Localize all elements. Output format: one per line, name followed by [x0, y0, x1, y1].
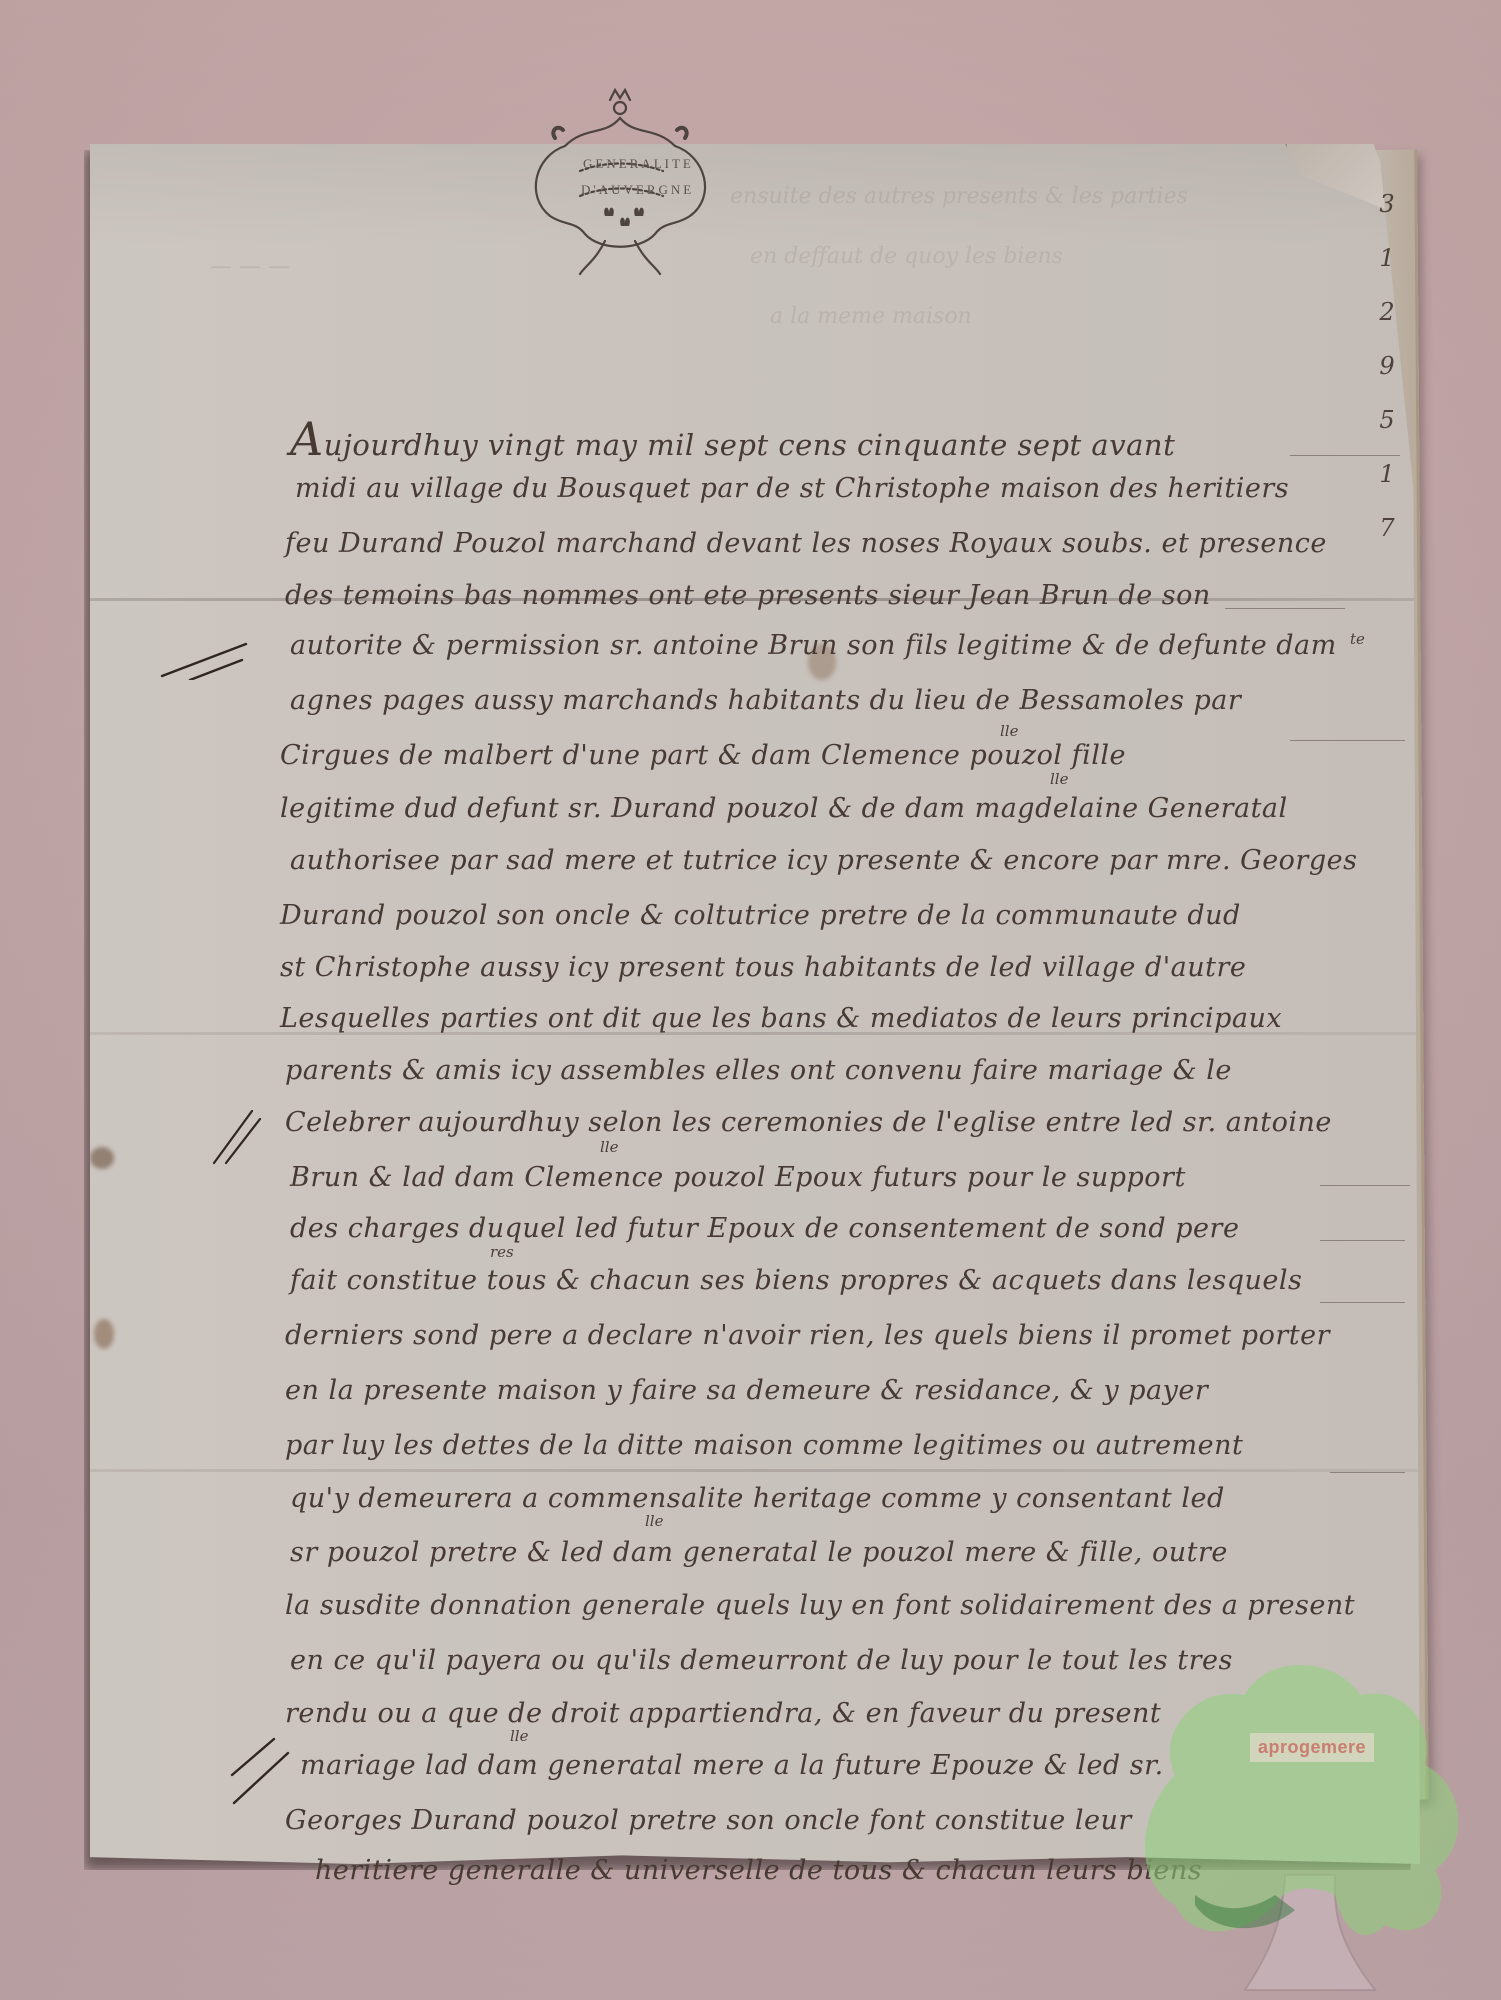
manuscript-line: Durand pouzol son oncle & coltutrice pre…	[280, 900, 1241, 931]
tree-logo-icon	[1135, 1645, 1495, 2000]
margin-number: 1	[1372, 244, 1402, 298]
bleed-through-text: en deffaut de quoy les biens	[750, 244, 1063, 269]
bleed-through-text: ensuite des autres presents & les partie…	[730, 184, 1188, 209]
watermark-label: aprogemere	[1250, 1733, 1374, 1762]
fleur-de-lis-icon	[604, 208, 644, 226]
manuscript-line: autorite & permission sr. antoine Brun s…	[290, 630, 1337, 661]
margin-page-numbers: 3 1 2 9 5 1 7	[1372, 190, 1402, 568]
manuscript-line: qu'y demeurera a commensalite heritage c…	[290, 1483, 1225, 1514]
superscript-abbrev: lle	[645, 1512, 663, 1530]
manuscript-line: derniers sond pere a declare n'avoir rie…	[285, 1320, 1330, 1351]
fold-crease	[90, 1469, 1420, 1472]
stamp-top-text: GENERALITE	[583, 156, 694, 172]
margin-number: 1	[1372, 460, 1402, 514]
aprogemere-watermark	[1135, 1645, 1495, 2000]
margin-number: 3	[1372, 190, 1402, 244]
manuscript-line: en la presente maison y faire sa demeure…	[285, 1375, 1208, 1406]
margin-number: 7	[1372, 514, 1402, 568]
line-filler-rule	[1330, 1472, 1405, 1473]
manuscript-line: Aujourdhuy vingt may mil sept cens cinqu…	[290, 412, 1175, 466]
margin-number: 2	[1372, 298, 1402, 352]
crown-cartouche-icon	[495, 76, 745, 276]
manuscript-line: feu Durand Pouzol marchand devant les no…	[285, 528, 1327, 559]
manuscript-line: heritiere generalle & universelle de tou…	[315, 1855, 1202, 1886]
line-filler-rule	[1290, 740, 1405, 741]
manuscript-line: legitime dud defunt sr. Durand pouzol & …	[280, 793, 1288, 824]
manuscript-line: parents & amis icy assembles elles ont c…	[285, 1055, 1232, 1086]
manuscript-line: Celebrer aujourdhuy selon les ceremonies…	[285, 1107, 1332, 1138]
line-filler-rule	[1320, 1240, 1405, 1241]
ink-stain	[90, 1147, 114, 1169]
manuscript-line: des charges duquel led futur Epoux de co…	[290, 1213, 1239, 1244]
line-filler-rule	[1320, 1302, 1405, 1303]
line-filler-rule	[1225, 608, 1345, 609]
superscript-abbrev: lle	[1000, 722, 1018, 740]
stamp-bottom-text: D'AUVERGNE	[581, 182, 694, 198]
marginal-double-slash-mark	[160, 640, 250, 680]
ink-stain	[94, 1319, 114, 1349]
marginal-double-slash-mark	[212, 1105, 262, 1165]
manuscript-line: par luy les dettes de la ditte maison co…	[285, 1430, 1243, 1461]
marginal-double-slash-mark	[230, 1735, 290, 1805]
superscript-abbrev: res	[490, 1243, 514, 1261]
manuscript-line: Brun & lad dam Clemence pouzol Epoux fut…	[290, 1162, 1186, 1193]
bleed-through-text: — — —	[210, 254, 290, 279]
manuscript-line: rendu ou a que de droit appartiendra, & …	[285, 1698, 1161, 1729]
manuscript-line: mariage lad dam generatal mere a la futu…	[300, 1750, 1164, 1781]
manuscript-line: fait constitue tous & chacun ses biens p…	[290, 1265, 1302, 1296]
manuscript-line: midi au village du Bousquet par de st Ch…	[295, 473, 1289, 504]
manuscript-line: en ce qu'il payera ou qu'ils demeurront …	[290, 1645, 1233, 1676]
bleed-through-text: a la meme maison	[770, 304, 972, 329]
line-filler-rule	[1320, 1185, 1410, 1186]
superscript-abbrev: lle	[1050, 770, 1068, 788]
manuscript-line: des temoins bas nommes ont ete presents …	[285, 580, 1211, 611]
manuscript-line: agnes pages aussy marchands habitants du…	[290, 685, 1241, 716]
superscript-abbrev: lle	[510, 1727, 528, 1745]
manuscript-line: authorisee par sad mere et tutrice icy p…	[290, 845, 1357, 876]
manuscript-line: la susdite donnation generale quels luy …	[285, 1590, 1355, 1621]
manuscript-line: st Christophe aussy icy present tous hab…	[280, 952, 1246, 983]
manuscript-line: Lesquelles parties ont dit que les bans …	[280, 1003, 1282, 1034]
superscript-abbrev: lle	[600, 1138, 618, 1156]
margin-number: 5	[1372, 406, 1402, 460]
fiscal-stamp-seal: GENERALITE D'AUVERGNE	[495, 76, 745, 276]
margin-number: 9	[1372, 352, 1402, 406]
superscript-abbrev: te	[1350, 630, 1365, 648]
manuscript-line: Georges Durand pouzol pretre son oncle f…	[285, 1805, 1132, 1836]
manuscript-line: Cirgues de malbert d'une part & dam Clem…	[280, 740, 1126, 771]
manuscript-line: sr pouzol pretre & led dam generatal le …	[290, 1537, 1228, 1568]
